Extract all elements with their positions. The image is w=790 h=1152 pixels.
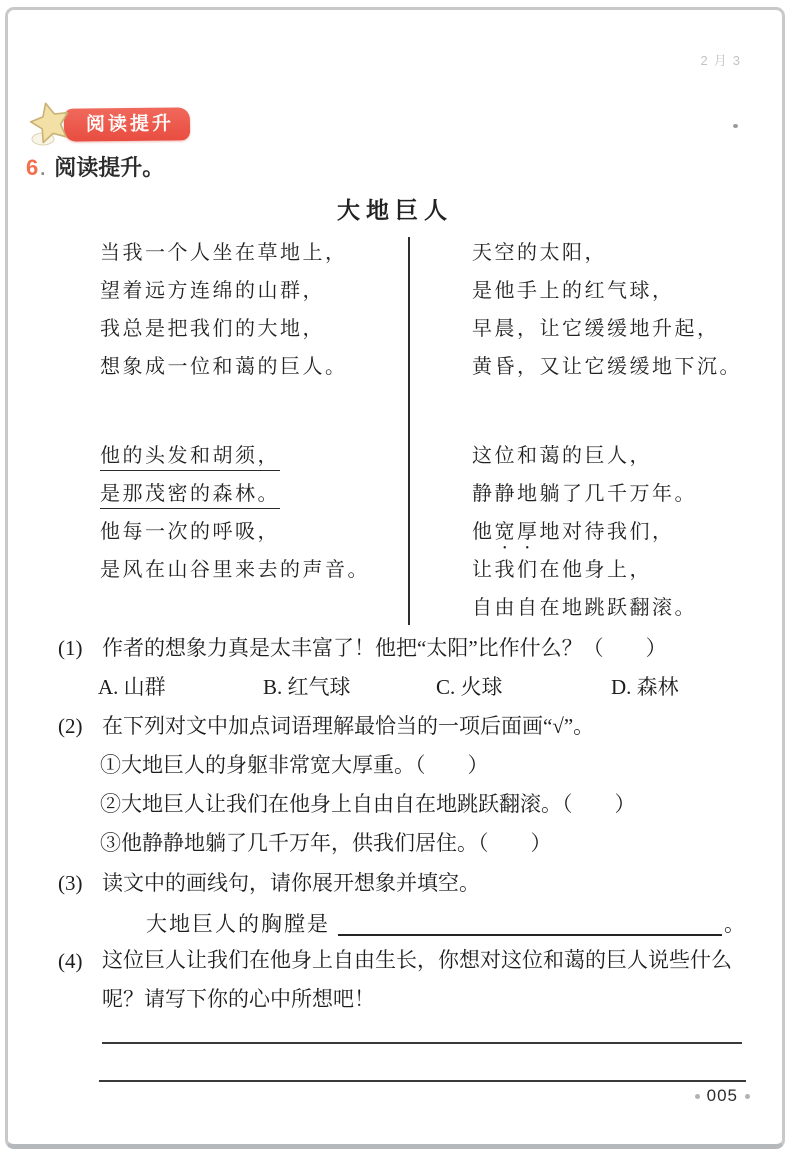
poem-line: 是他手上的红气球， xyxy=(472,272,772,310)
poem-title: 大地巨人 xyxy=(0,192,790,225)
question-3-label: (3) xyxy=(58,863,102,903)
page-number: 005 xyxy=(695,1086,750,1106)
question-4: (4) 这位巨人让我们在他身上自由生长，你想对这位和蔼的巨人说些什么呢？请写下你… xyxy=(58,941,745,1019)
poem-line: 想象成一位和蔼的巨人。 xyxy=(100,348,410,386)
fill-suffix: 。 xyxy=(724,907,745,941)
poem-line: 让我们在他身上， xyxy=(472,551,772,589)
scan-speck xyxy=(733,124,738,128)
poem-stanza: 当我一个人坐在草地上， 望着远方连绵的山群， 我总是把我们的大地， 想象成一位和… xyxy=(100,234,410,386)
poem-line: 望着远方连绵的山群， xyxy=(100,272,410,310)
exercise-title: 阅读提升。 xyxy=(54,155,164,180)
question-2-item-2: ②大地巨人让我们在他身上自由自在地跳跃翻滚。（ ） xyxy=(100,785,745,824)
question-1-options: A. 山群 B. 红气球 C. 火球 D. 森林 xyxy=(58,668,745,706)
question-4-text: 这位巨人让我们在他身上自由生长，你想对这位和蔼的巨人说些什么呢？请写下你的心中所… xyxy=(102,941,745,1019)
poem-line-emphasized: 他宽厚地对待我们， xyxy=(472,513,772,551)
badge-label: 阅读提升 xyxy=(64,107,190,141)
page-number-dot-left xyxy=(695,1094,700,1099)
answer-writing-line xyxy=(99,1080,746,1082)
question-2-text: 在下列对文中加点词语理解最恰当的一项后面画“√”。 xyxy=(102,706,745,746)
poem-line: 这位和蔼的巨人， xyxy=(472,437,772,475)
question-2-label: (2) xyxy=(58,706,102,746)
poem-right-column: 天空的太阳， 是他手上的红气球， 早晨，让它缓缓地升起， 黄昏，又让它缓缓地下沉… xyxy=(472,234,772,627)
poem-stanza: 天空的太阳， 是他手上的红气球， 早晨，让它缓缓地升起， 黄昏，又让它缓缓地下沉… xyxy=(472,234,772,386)
option-c: C. 火球 xyxy=(436,668,503,706)
emphasis-dotted-word: 宽厚 xyxy=(495,521,540,543)
option-a: A. 山群 xyxy=(98,668,166,706)
poem-line: 我总是把我们的大地， xyxy=(100,310,410,348)
poem-column-divider xyxy=(408,237,410,625)
question-3: (3) 读文中的画线句，请你展开想象并填空。 xyxy=(58,863,745,903)
page-number-value: 005 xyxy=(707,1086,738,1106)
page-number-dot-right xyxy=(745,1094,750,1099)
poem-line: 是风在山谷里来去的声音。 xyxy=(100,551,410,589)
option-d: D. 森林 xyxy=(611,668,679,706)
poem-line-underlined: 是那茂密的森林。 xyxy=(100,475,410,513)
questions-block: (1) 作者的想象力真是太丰富了！他把“太阳”比作什么？（ ） A. 山群 B.… xyxy=(58,628,745,1019)
star-mascot-icon xyxy=(28,100,72,151)
poem-line-underlined: 他的头发和胡须， xyxy=(100,437,410,475)
fill-in-blank-line xyxy=(338,908,722,936)
poem-stanza: 这位和蔼的巨人， 静静地躺了几千万年。 他宽厚地对待我们， 让我们在他身上， 自… xyxy=(472,437,772,627)
poem-line: 黄昏，又让它缓缓地下沉。 xyxy=(472,348,772,386)
question-2: (2) 在下列对文中加点词语理解最恰当的一项后面画“√”。 xyxy=(58,706,745,746)
question-1: (1) 作者的想象力真是太丰富了！他把“太阳”比作什么？（ ） xyxy=(58,628,745,668)
question-3-text: 读文中的画线句，请你展开想象并填空。 xyxy=(102,863,745,903)
question-3-fill-line: 大地巨人的胸膛是 。 xyxy=(146,903,745,941)
exercise-heading: 6.阅读提升。 xyxy=(26,151,164,182)
poem-line: 当我一个人坐在草地上， xyxy=(100,234,410,272)
question-4-label: (4) xyxy=(58,941,102,1019)
poem-line: 天空的太阳， xyxy=(472,234,772,272)
bleed-through-text: 2月3 xyxy=(701,50,746,69)
question-1-text: 作者的想象力真是太丰富了！他把“太阳”比作什么？（ ） xyxy=(102,628,745,668)
option-b: B. 红气球 xyxy=(263,668,351,706)
poem-line: 他每一次的呼吸， xyxy=(100,513,410,551)
fill-prefix: 大地巨人的胸膛是 xyxy=(146,907,330,941)
question-1-label: (1) xyxy=(58,628,102,668)
poem-line: 自由自在地跳跃翻滚。 xyxy=(472,589,772,627)
poem-line: 早晨，让它缓缓地升起， xyxy=(472,310,772,348)
answer-writing-line xyxy=(102,1042,742,1044)
question-2-item-3: ③他静静地躺了几千万年，供我们居住。（ ） xyxy=(100,824,745,863)
poem-line: 静静地躺了几千万年。 xyxy=(472,475,772,513)
poem-stanza: 他的头发和胡须， 是那茂密的森林。 他每一次的呼吸， 是风在山谷里来去的声音。 xyxy=(100,437,410,589)
poem-left-column: 当我一个人坐在草地上， 望着远方连绵的山群， 我总是把我们的大地， 想象成一位和… xyxy=(100,234,410,589)
exercise-number: 6 xyxy=(26,155,38,180)
question-2-item-1: ①大地巨人的身躯非常宽大厚重。（ ） xyxy=(100,746,745,785)
